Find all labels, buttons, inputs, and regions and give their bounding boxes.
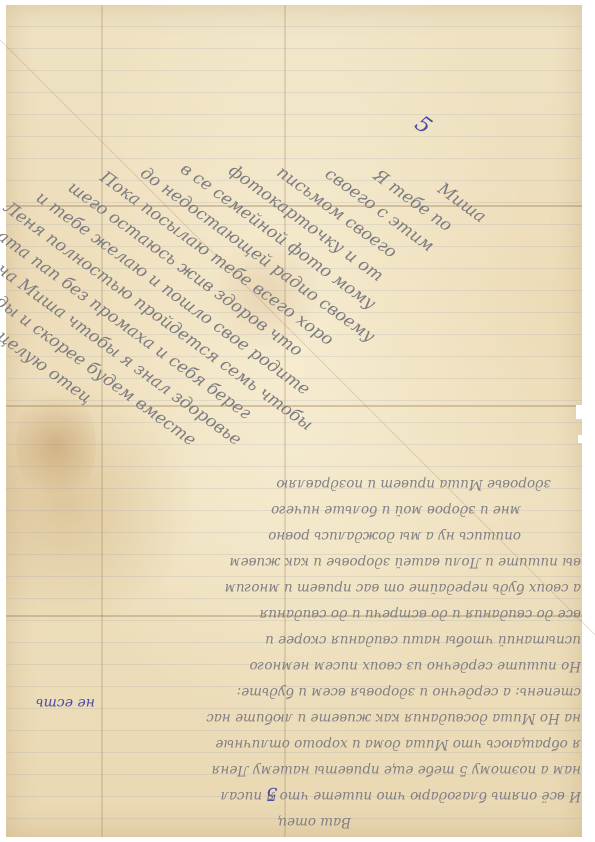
text-line: опишись ну а мы дождались ровно (26, 523, 581, 549)
inverted-handwriting: Ваш отец И всё опять благодарю что пишет… (26, 535, 581, 835)
letter-paper: Миша Я тебе по своего с этим письмом сво… (6, 5, 582, 837)
text-line: степень: а сердечно и здоровья всем и бу… (26, 679, 581, 705)
text-line: я обращаюсь что Миша дома и хорошо отлич… (26, 731, 581, 757)
paper-tear (578, 435, 584, 443)
text-line: И всё опять благодарю что пишете что я п… (26, 783, 581, 809)
text-line: на Но Миша досвидания как живете и любит… (26, 705, 581, 731)
text-line: испытаний чтобы наши свидания скорее и (26, 627, 581, 653)
text-line: мне и здоров мой и больше ничего (26, 497, 581, 523)
text-line: Но пишите сердечно из своих писем немног… (26, 653, 581, 679)
text-line: все до свидания и до встречи и до свидан… (26, 601, 581, 627)
blue-ink-annotation: не есть (36, 695, 95, 711)
blue-ink-mark-bottom: 5 (266, 783, 277, 804)
text-line: а своих будь передайте от вас привет и м… (26, 575, 581, 601)
text-line: нам а поэтому 5 тебе еще приветы нашему … (26, 757, 581, 783)
text-line: здоровье Миша привет и поздравляю (26, 471, 581, 497)
paper-tear (576, 405, 584, 419)
text-line: вы пишите и Лоли вашей здоровье и как жи… (26, 549, 581, 575)
text-line: Ваш отец (26, 809, 581, 835)
